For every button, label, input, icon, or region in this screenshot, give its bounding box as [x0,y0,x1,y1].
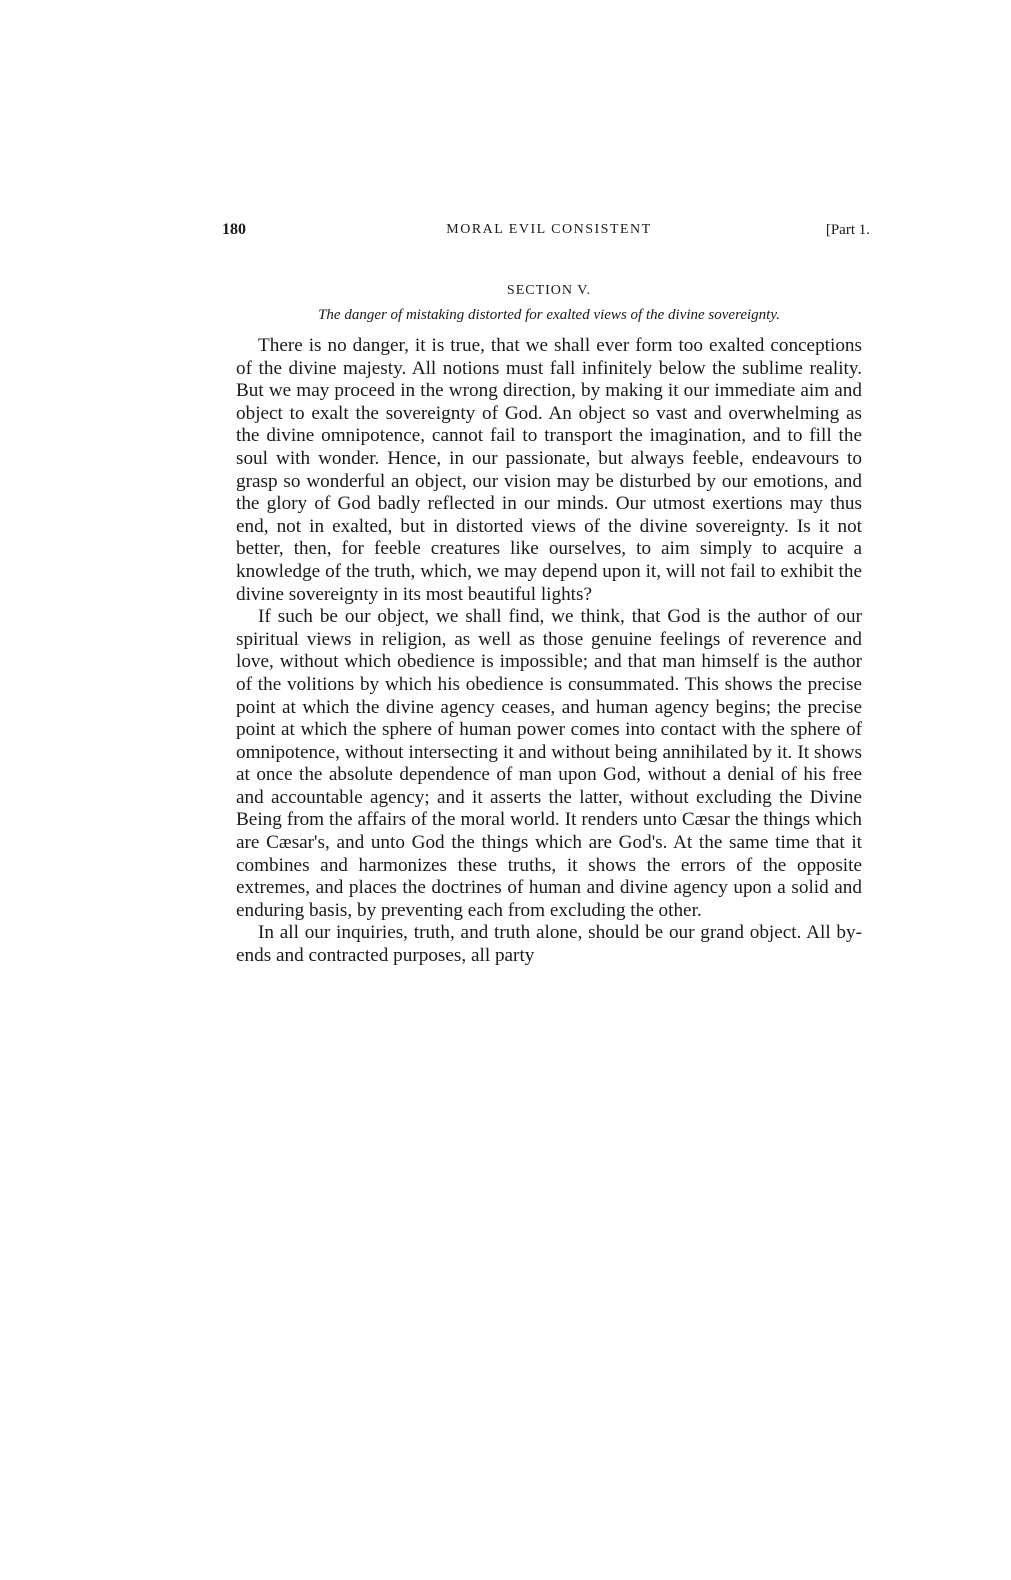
section-subtitle: The danger of mistaking distorted for ex… [236,306,862,325]
section-heading: SECTION V. [236,282,862,300]
running-title: MORAL EVIL CONSISTENT [236,218,862,242]
paragraph: In all our inquiries, truth, and truth a… [236,922,862,967]
part-label: [Part 1. [826,218,870,242]
paragraph: If such be our object, we shall find, we… [236,606,862,922]
body-text: There is no danger, it is true, that we … [236,335,862,968]
running-head: 180 MORAL EVIL CONSISTENT [Part 1. [236,218,862,242]
paragraph: There is no danger, it is true, that we … [236,335,862,606]
book-page: 180 MORAL EVIL CONSISTENT [Part 1. SECTI… [236,218,862,968]
